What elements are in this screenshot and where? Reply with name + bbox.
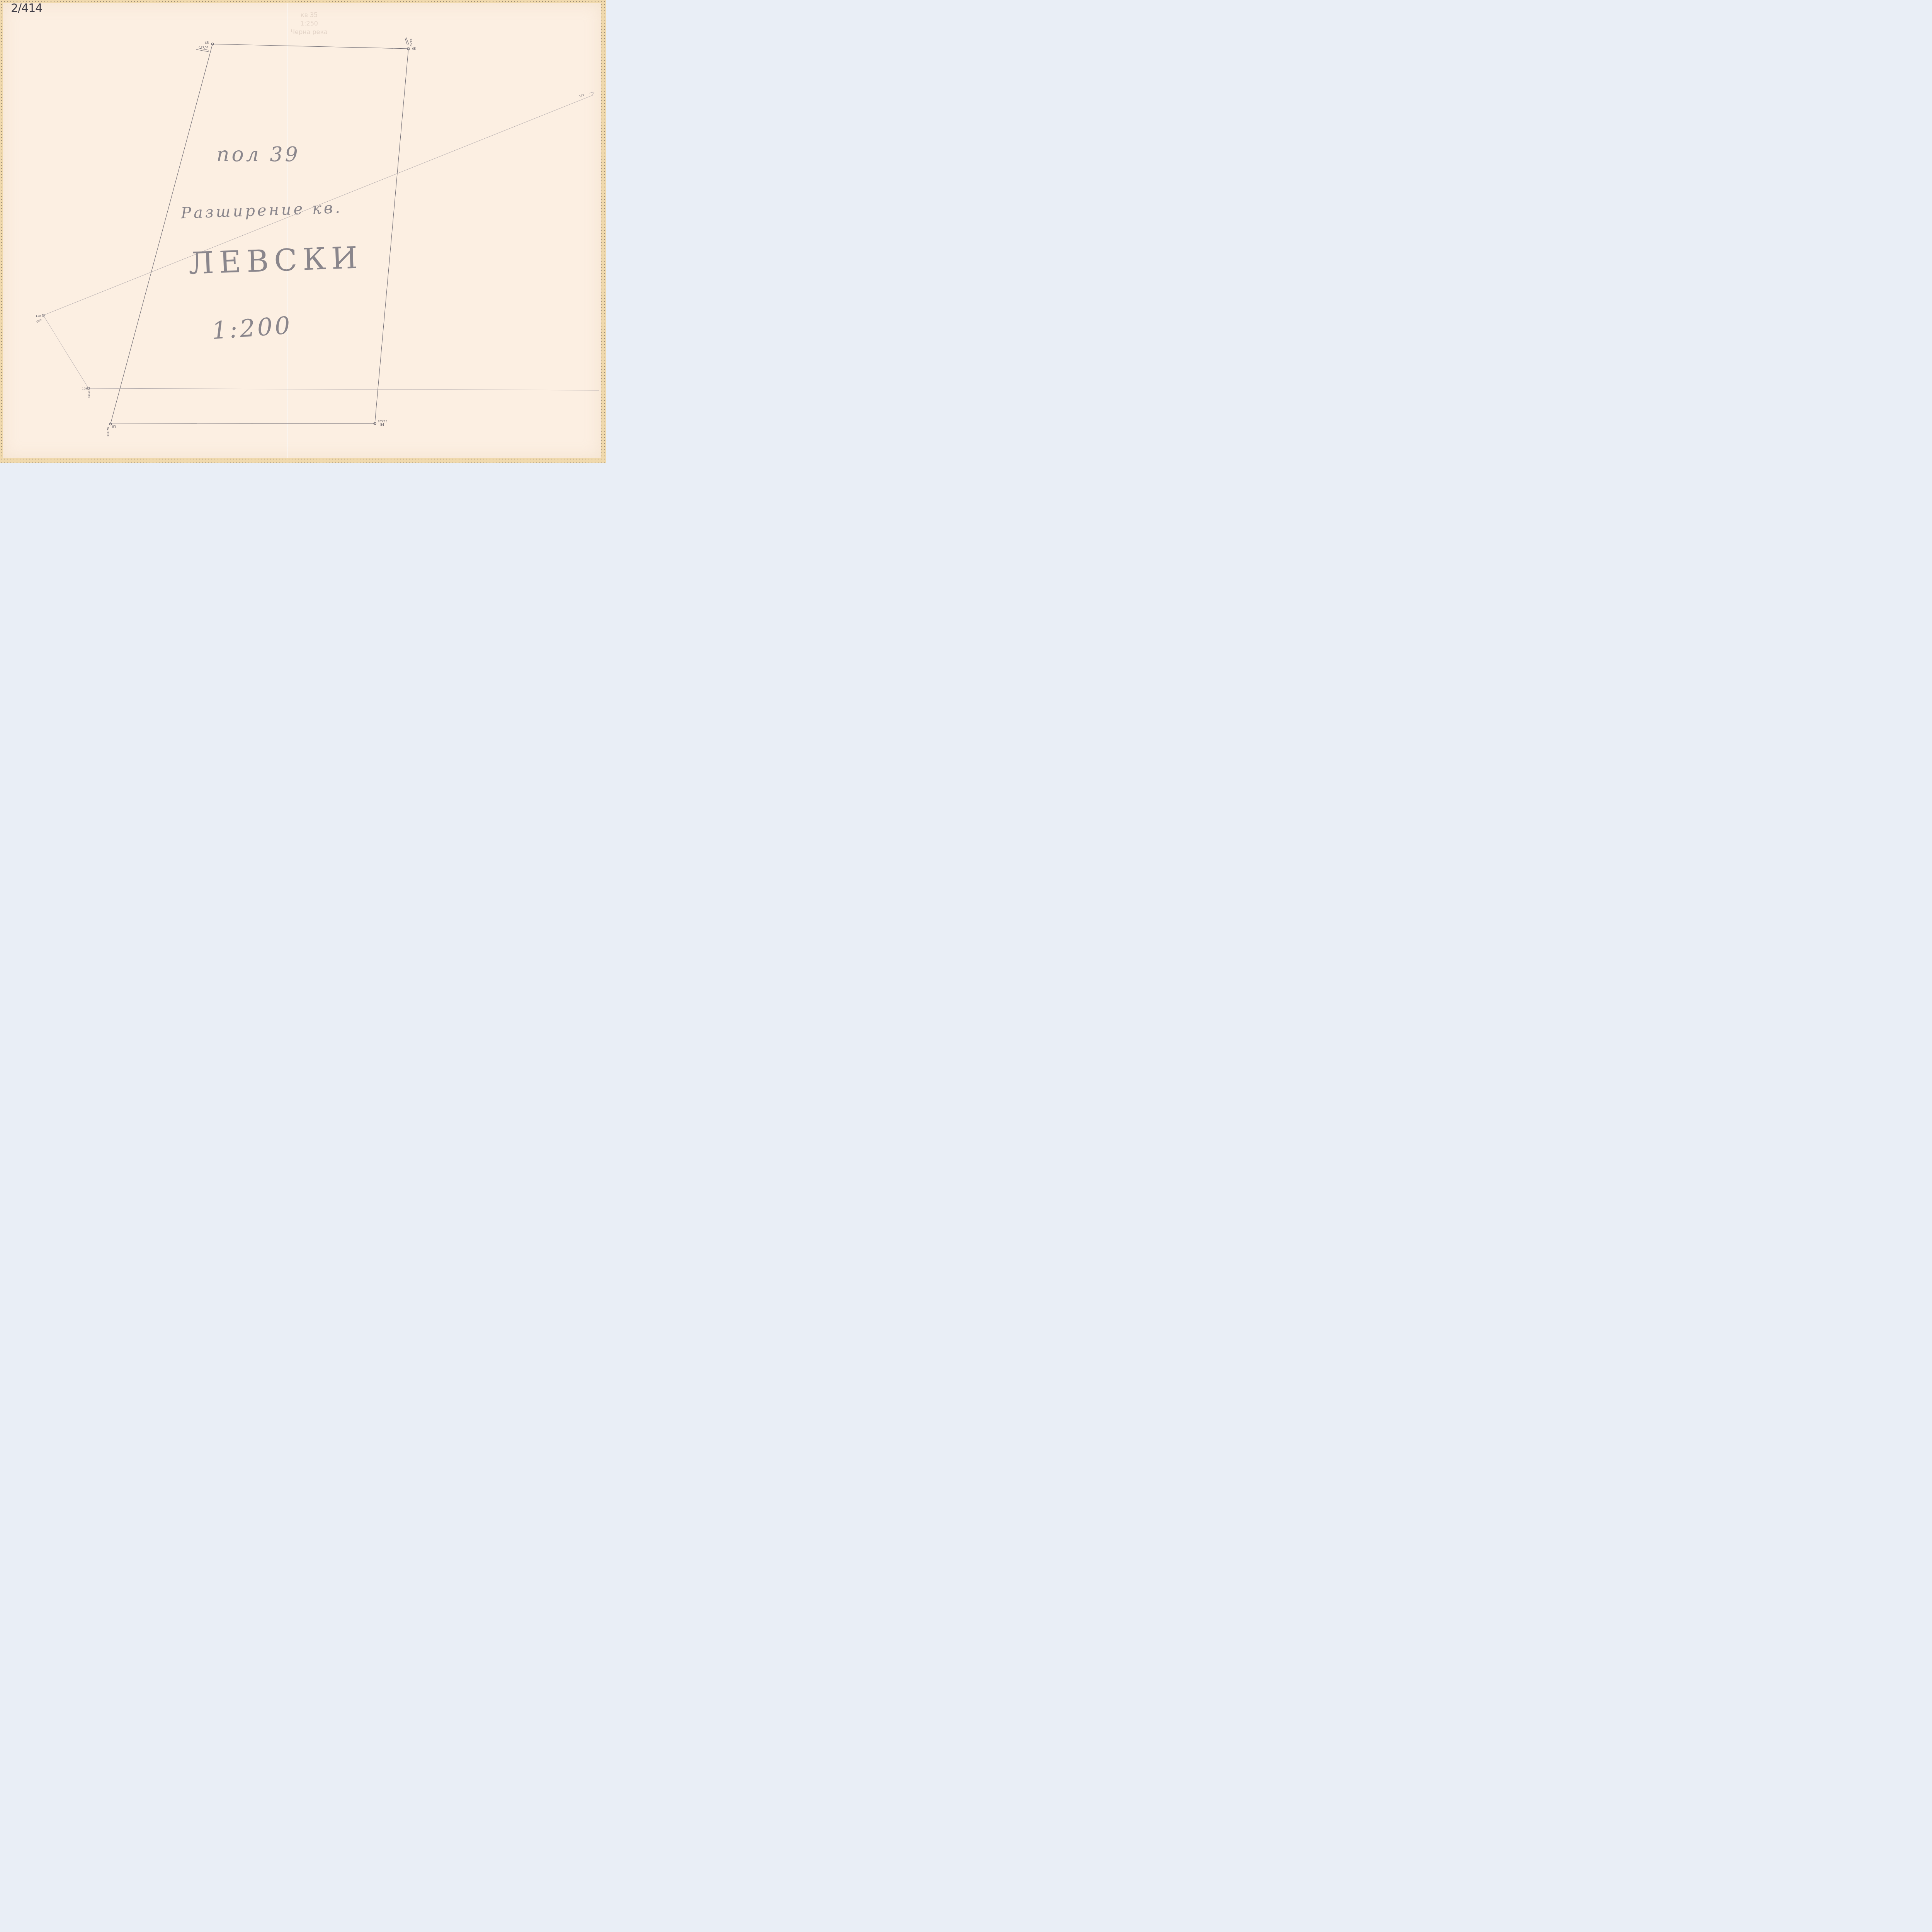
scanned-sheet: 2/414 кв 35 1:250 Черна река [0,0,606,463]
point-label-83: 83 [112,425,116,429]
point-value-109: 18868 [88,391,91,398]
point-label-46: 46 [205,41,209,45]
point-value-48: 85,40 [410,39,413,46]
point-label-110: 110 [36,315,41,318]
point-label-48: 48 [412,47,416,51]
scale-label: 1:200 [211,311,293,345]
traverse-line-label: 113 [579,93,585,98]
title-line-plot: пол 39 [216,143,300,166]
point-label-109: 109 [82,387,87,390]
arrow-icon [589,92,594,95]
point-value-83: 114,76 [107,427,110,437]
survey-drawing: 46 171,53 48 85,40 83 114,76 84 163,29 1… [0,0,606,463]
title-line-district: ЛЕВСКИ [188,240,364,281]
point-value-46: 171,53 [199,46,209,49]
point-label-84: 84 [380,423,384,427]
parcel-outline [111,44,408,424]
point-value-84: 163,29 [378,420,388,423]
point-value-110: 2365 [36,318,43,324]
survey-point-markers [42,43,410,425]
